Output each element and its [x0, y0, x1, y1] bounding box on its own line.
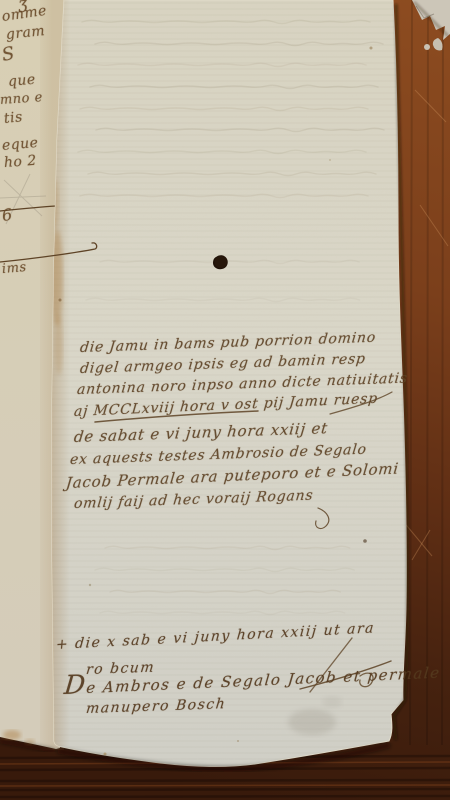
- left-leaf-fragment: ho 2: [3, 153, 37, 171]
- left-leaf-fragment: 6: [1, 205, 14, 225]
- left-leaf-fragment: que: [7, 72, 36, 90]
- left-leaf-fragment: ims: [1, 260, 27, 277]
- left-leaf-fragment: tis: [3, 109, 23, 127]
- manuscript-photo: ʒ omme gram S que mno e tis eque ho 2 6 …: [0, 0, 450, 800]
- left-leaf-fragment: mno e: [0, 90, 43, 108]
- left-leaf-fragment: eque: [1, 135, 39, 154]
- postscript-line: ro bcum: [85, 660, 156, 678]
